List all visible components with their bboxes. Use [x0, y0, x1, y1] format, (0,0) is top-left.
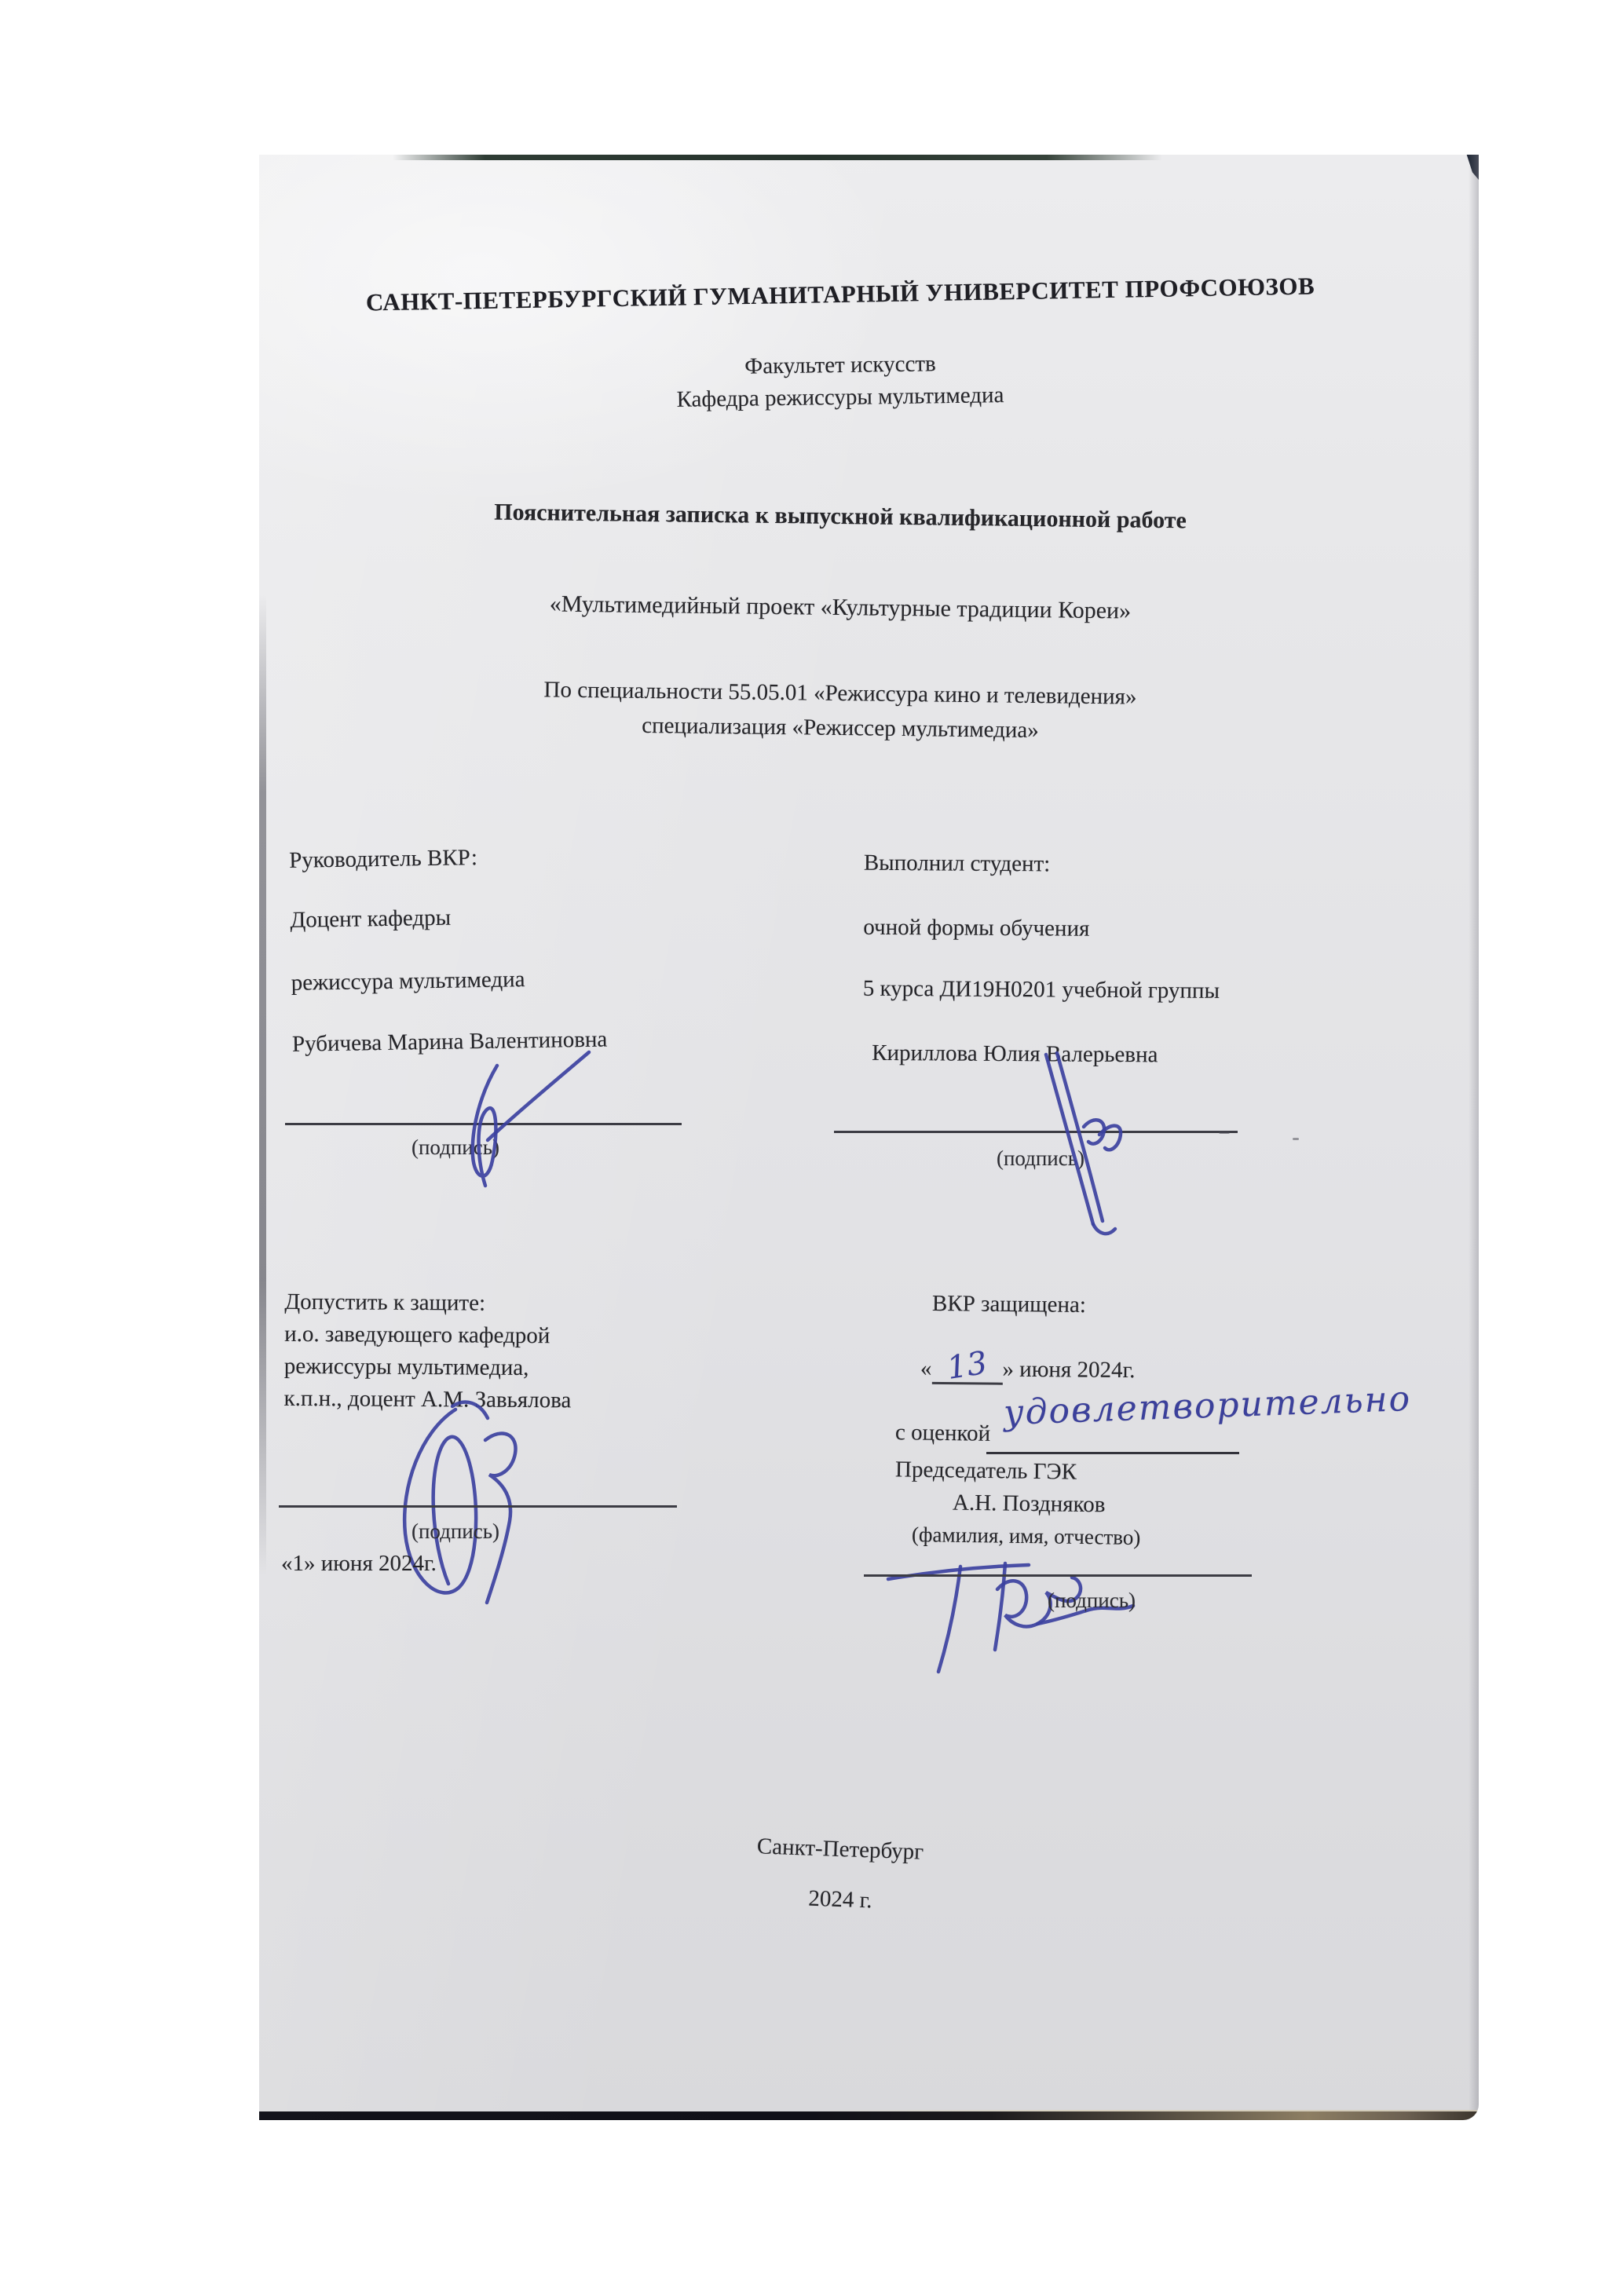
- paper-speck: [1293, 1138, 1299, 1140]
- student-block: Выполнил студент: очной формы обучения 5…: [864, 850, 1366, 854]
- admission-signature-ink: [377, 1397, 550, 1609]
- specialty-line: По специальности 55.05.01 «Режиссура кин…: [259, 674, 1421, 714]
- specialization-line: специализация «Режиссер мультимедиа»: [259, 708, 1421, 748]
- document-photo: САНКТ-ПЕТЕРБУРГСКИЙ ГУМАНИТАРНЫЙ УНИВЕРС…: [259, 155, 1479, 2120]
- paper-speck: [1219, 1131, 1230, 1134]
- supervisor-position-2: режиссура мультимедиа: [291, 967, 525, 996]
- student-signature-ink: [989, 1050, 1154, 1242]
- grade-label: с оценкой: [895, 1420, 991, 1447]
- grade-value-handwritten: удовлетворительно: [1003, 1379, 1412, 1433]
- supervisor-label: Руководитель ВКР:: [289, 845, 477, 874]
- screenshot-canvas: САНКТ-ПЕТЕРБУРГСКИЙ ГУМАНИТАРНЫЙ УНИВЕРС…: [0, 0, 1624, 2296]
- university-name: САНКТ-ПЕТЕРБУРГСКИЙ ГУМАНИТАРНЫЙ УНИВЕРС…: [259, 270, 1421, 319]
- admission-signature-line: [279, 1505, 677, 1508]
- supervisor-position-1: Доцент кафедры: [290, 905, 451, 934]
- title-page-content: САНКТ-ПЕТЕРБУРГСКИЙ ГУМАНИТАРНЫЙ УНИВЕРС…: [259, 155, 1479, 2120]
- student-label: Выполнил студент:: [864, 850, 1051, 878]
- student-line-2: 5 курса ДИ19Н0201 учебной группы: [863, 976, 1220, 1004]
- grade-underline: [986, 1452, 1239, 1454]
- photo-bottom-edge: [259, 2111, 1479, 2120]
- admission-date: «1» июня 2024г.: [281, 1551, 437, 1577]
- project-title: «Мультимедийный проект «Культурные тради…: [259, 587, 1421, 628]
- defense-label: ВКР защищена:: [932, 1291, 1086, 1318]
- defense-date-rest: » июня 2024г.: [1002, 1357, 1135, 1383]
- document-type-title: Пояснительная записка к выпускной квалиф…: [259, 496, 1421, 537]
- student-line-1: очной формы обучения: [863, 915, 1089, 942]
- chairman-title: Председатель ГЭК: [895, 1457, 1077, 1485]
- defense-day-underline: 13: [931, 1354, 1002, 1385]
- admission-line-1: Допустить к защите:: [284, 1286, 771, 1322]
- chairman-signature-caption: (подпись): [993, 1589, 1190, 1613]
- chairman-signature-line: [864, 1574, 1252, 1577]
- defense-date-open-quote: «: [920, 1356, 932, 1381]
- defense-date-row: «13» июня 2024г.: [920, 1354, 1136, 1386]
- chairman-name: А.Н. Поздняков: [953, 1490, 1106, 1519]
- supervisor-signature-ink: [404, 1046, 601, 1191]
- admission-line-2: и.о. заведующего кафедрой: [284, 1318, 771, 1354]
- admission-line-3: режиссуры мультимедиа,: [284, 1351, 771, 1386]
- supervisor-block: Руководитель ВКР: Доцент кафедры режиссу…: [289, 840, 776, 848]
- admission-signature-caption: (подпись): [357, 1519, 554, 1544]
- defense-day-handwritten: 13: [946, 1351, 989, 1380]
